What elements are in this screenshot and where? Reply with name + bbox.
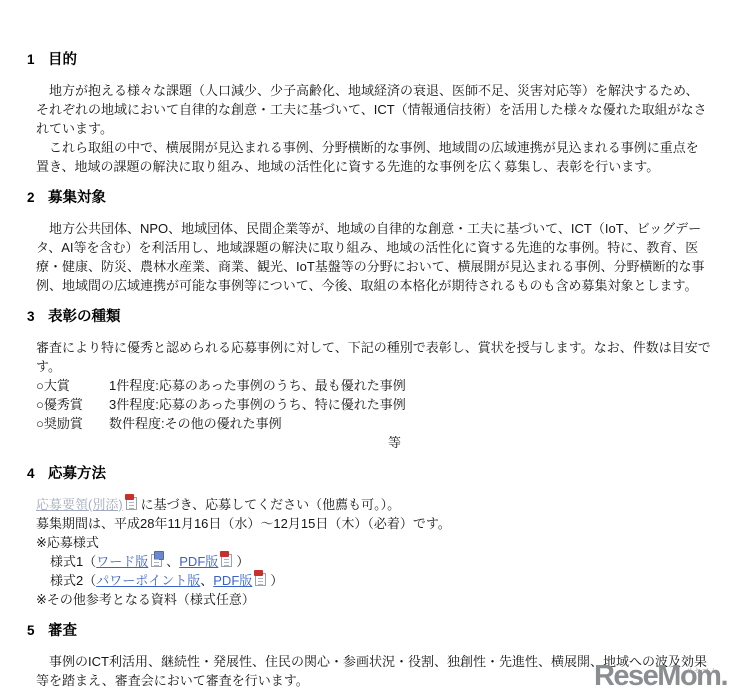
section-purpose-number: 1 [27, 50, 35, 69]
section-target-body: 地方公共団体、NPO、地域団体、民間企業等が、地域の自律的な創意・工夫に基づいて… [36, 219, 711, 295]
format1-line: 様式1（ワード版、PDF版） [36, 552, 711, 571]
format1-close: ） [236, 554, 249, 569]
section-review-title: 審査 [48, 623, 77, 639]
format1-word-link[interactable]: ワード版 [96, 554, 148, 569]
award-row-excellence: ○優秀賞 3件程度:応募のあった事例のうち、特に優れた事例 [36, 395, 711, 414]
format2-prefix: 様式2（ [50, 573, 96, 588]
section-awards: 3表彰の種類 審査により特に優秀と認められる応募事例に対して、下記の種別で表彰し… [27, 307, 711, 452]
awards-etc: 等 [36, 433, 711, 452]
section-target-heading: 2募集対象 [27, 188, 711, 208]
section-method-heading: 4応募方法 [27, 464, 711, 484]
award-row-grand: ○大賞 1件程度:応募のあった事例のうち、最も優れた事例 [36, 376, 711, 395]
section-review-number: 5 [27, 621, 35, 640]
other-materials-note: ※その他参考となる資料（様式任意） [36, 590, 711, 609]
award-desc-encouragement: 数件程度:その他の優れた事例 [109, 414, 282, 433]
format2-pdf-link[interactable]: PDF版 [213, 573, 252, 588]
format1-pdf-icon[interactable] [221, 554, 232, 567]
section-method: 4応募方法 応募要領(別添)に基づき、応募してください（他薦も可。）。 募集期間… [27, 464, 711, 609]
format2-line: 様式2（パワーポイント版、PDF版） [36, 571, 711, 590]
format1-prefix: 様式1（ [50, 554, 96, 569]
section-purpose-title: 目的 [48, 52, 77, 68]
section-awards-number: 3 [27, 307, 35, 326]
awards-intro: 審査により特に優秀と認められる応募事例に対して、下記の種別で表彰し、賞状を授与し… [36, 338, 711, 376]
purpose-paragraph-2: これら取組の中で、横展開が見込まれる事例、分野横断的な事例、地域間の広域連携が見… [36, 138, 711, 176]
section-review-heading: 5審査 [27, 621, 711, 641]
award-desc-grand: 1件程度:応募のあった事例のうち、最も優れた事例 [109, 376, 406, 395]
section-purpose-heading: 1目的 [27, 50, 711, 70]
format2-close: ） [270, 573, 283, 588]
application-guidelines-link[interactable]: 応募要領(別添) [36, 497, 123, 512]
award-name-grand: ○大賞 [36, 376, 109, 395]
section-method-title: 応募方法 [48, 466, 106, 482]
format1-separator: 、 [166, 554, 179, 569]
guideline-line-text: に基づき、応募してください（他薦も可。）。 [141, 497, 400, 512]
section-target-number: 2 [27, 188, 35, 207]
resemom-logo-kana: リセマム [686, 662, 718, 681]
word-file-icon[interactable] [151, 554, 162, 567]
target-paragraph: 地方公共団体、NPO、地域団体、民間企業等が、地域の自律的な創意・工夫に基づいて… [36, 219, 711, 295]
section-awards-heading: 3表彰の種類 [27, 307, 711, 327]
section-method-body: 応募要領(別添)に基づき、応募してください（他薦も可。）。 募集期間は、平成28… [36, 495, 711, 609]
section-awards-body: 審査により特に優秀と認められる応募事例に対して、下記の種別で表彰し、賞状を授与し… [36, 338, 711, 452]
award-name-excellence: ○優秀賞 [36, 395, 109, 414]
section-target-title: 募集対象 [48, 190, 106, 206]
guideline-line: 応募要領(別添)に基づき、応募してください（他薦も可。）。 [36, 495, 711, 514]
format2-separator: 、 [200, 573, 213, 588]
award-desc-excellence: 3件程度:応募のあった事例のうち、特に優れた事例 [109, 395, 406, 414]
section-purpose: 1目的 地方が抱える様々な課題（人口減少、少子高齢化、地域経済の衰退、医師不足、… [27, 50, 711, 176]
section-target: 2募集対象 地方公共団体、NPO、地域団体、民間企業等が、地域の自律的な創意・工… [27, 188, 711, 295]
section-awards-title: 表彰の種類 [48, 309, 121, 325]
award-name-encouragement: ○奨励賞 [36, 414, 109, 433]
format-note: ※応募様式 [36, 533, 711, 552]
section-purpose-body: 地方が抱える様々な課題（人口減少、少子高齢化、地域経済の衰退、医師不足、災害対応… [36, 81, 711, 176]
application-period: 募集期間は、平成28年11月16日（水）～12月15日（木）（必着）です。 [36, 514, 711, 533]
award-row-encouragement: ○奨励賞 数件程度:その他の優れた事例 [36, 414, 711, 433]
pdf-file-icon[interactable] [126, 497, 137, 510]
format1-pdf-link[interactable]: PDF版 [179, 554, 218, 569]
format2-pdf-icon[interactable] [255, 573, 266, 586]
purpose-paragraph-1: 地方が抱える様々な課題（人口減少、少子高齢化、地域経済の衰退、医師不足、災害対応… [36, 81, 711, 138]
format2-ppt-link[interactable]: パワーポイント版 [96, 573, 200, 588]
document-page: 1目的 地方が抱える様々な課題（人口減少、少子高齢化、地域経済の衰退、医師不足、… [0, 0, 736, 696]
resemom-logo: リセマム ReseMom. [594, 667, 727, 690]
section-method-number: 4 [27, 464, 35, 483]
